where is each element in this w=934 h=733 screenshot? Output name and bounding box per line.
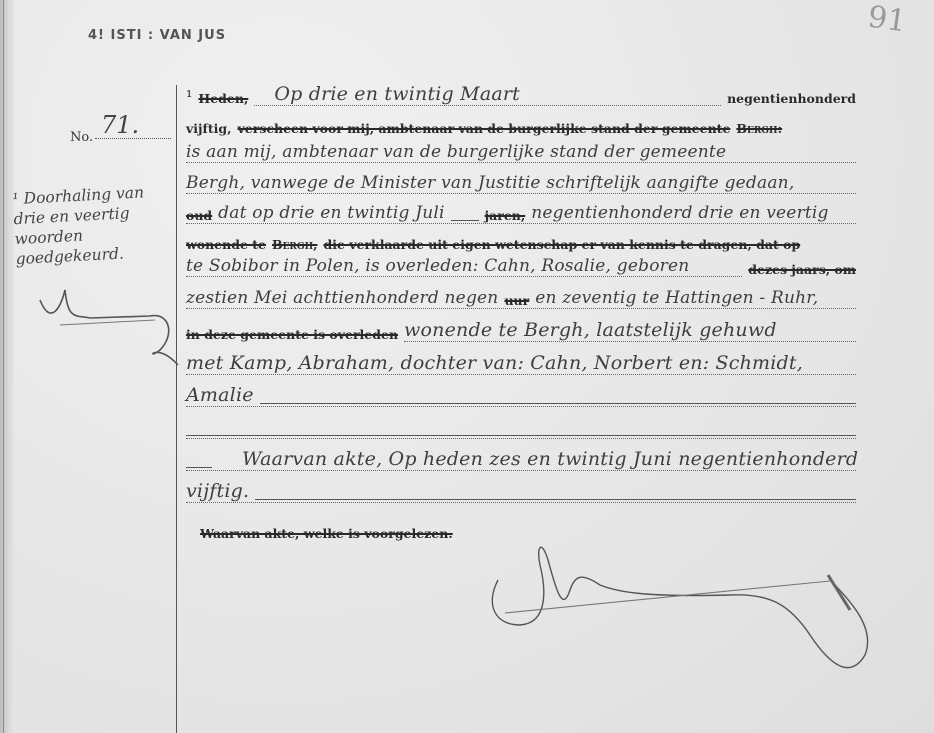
dash-fill: [186, 467, 212, 468]
record-line: is aan mij, ambtenaar van de burgerlijke…: [186, 138, 856, 163]
record-number-value: 71.: [95, 112, 171, 139]
printed-text-struck: uur: [504, 293, 529, 308]
record-line: Waarvan akte, Op heden zes en twintig Ju…: [186, 446, 856, 471]
record-line: [186, 414, 856, 439]
printed-text-struck: oud: [186, 208, 212, 223]
folio-number: 91: [866, 0, 909, 39]
handwritten-text: Waarvan akte, Op heden zes en twintig Ju…: [242, 448, 858, 470]
margin-divider: [176, 85, 177, 733]
record-line: oud dat op drie en twintig Juli jaren, n…: [186, 199, 856, 224]
handwritten-text: is aan mij, ambtenaar van de burgerlijke…: [186, 142, 726, 162]
printed-text: Heden,: [198, 91, 248, 106]
printed-text-struck: verscheen voor mij, ambtenaar van de bur…: [238, 121, 731, 136]
record-line: Amalie: [186, 382, 856, 407]
record-line: in deze gemeente is overleden wonende te…: [186, 318, 856, 342]
record-line: zestien Mei achttienhonderd negen uur en…: [186, 284, 856, 309]
handwritten-text: Op drie en twintig Maart: [254, 83, 721, 106]
handwritten-text: negentienhonderd drie en veertig: [531, 203, 828, 223]
insertion-mark: ¹: [186, 87, 192, 106]
closing-statement: Waarvan akte, welke is voorgelezen.: [200, 526, 453, 541]
handwritten-text: dat op drie en twintig Juli: [218, 203, 444, 223]
printed-text-struck: jaren,: [485, 208, 526, 223]
printed-text-struck: die verklaarde uit eigen wetenschap er v…: [323, 237, 800, 252]
record-line: ¹ Heden, Op drie en twintig Maart negent…: [186, 82, 856, 106]
stamp-header: 4! ISTI : VAN JUS: [88, 28, 226, 43]
handwritten-text: en zeventig te Hattingen - Ruhr,: [535, 288, 818, 308]
handwritten-text: Amalie: [186, 384, 254, 406]
margin-note: ¹ Doorhaling van drie en veertig woorden…: [12, 181, 176, 269]
handwritten-text: wonende te Bergh, laatstelijk gehuwd: [404, 319, 856, 342]
record-line: Bergh, vanwege de Minister van Justitie …: [186, 169, 856, 194]
page-binding-edge: [0, 0, 14, 733]
record-number-label: No.: [70, 130, 93, 145]
handwritten-text: met Kamp, Abraham, dochter van: Cahn, No…: [186, 352, 803, 374]
record-line: met Kamp, Abraham, dochter van: Cahn, No…: [186, 350, 856, 375]
printed-text-struck: dezes jaars, om: [748, 262, 856, 277]
document-page: 4! ISTI : VAN JUS 91 No. 71. ¹ Doorhalin…: [0, 0, 934, 733]
handwritten-text: zestien Mei achttienhonderd negen: [186, 288, 498, 308]
dash-fill: [255, 499, 856, 500]
printed-text-struck: Bergh,: [272, 237, 317, 252]
record-line: wonende te Bergh, die verklaarde uit eig…: [186, 228, 856, 252]
record-line: vijftig, verscheen voor mij, ambtenaar v…: [186, 112, 856, 136]
dash-fill: [451, 220, 479, 221]
handwritten-text: vijftig.: [186, 480, 249, 502]
printed-text: vijftig,: [186, 121, 232, 136]
printed-text-struck: wonende te: [186, 237, 266, 252]
printed-text-struck: in deze gemeente is overleden: [186, 327, 398, 342]
dash-fill: [186, 435, 856, 436]
handwritten-text: Bergh, vanwege de Minister van Justitie …: [186, 173, 794, 193]
dash-fill: [260, 403, 856, 404]
handwritten-text: te Sobibor in Polen, is overleden: Cahn,…: [186, 256, 742, 277]
record-line: te Sobibor in Polen, is overleden: Cahn,…: [186, 253, 856, 277]
margin-signature: [20, 280, 180, 370]
registrar-signature: [470, 535, 890, 695]
printed-text: negentienhonderd: [727, 91, 856, 106]
record-line: vijftig.: [186, 478, 856, 503]
printed-text-struck: Bergh:: [736, 121, 782, 136]
